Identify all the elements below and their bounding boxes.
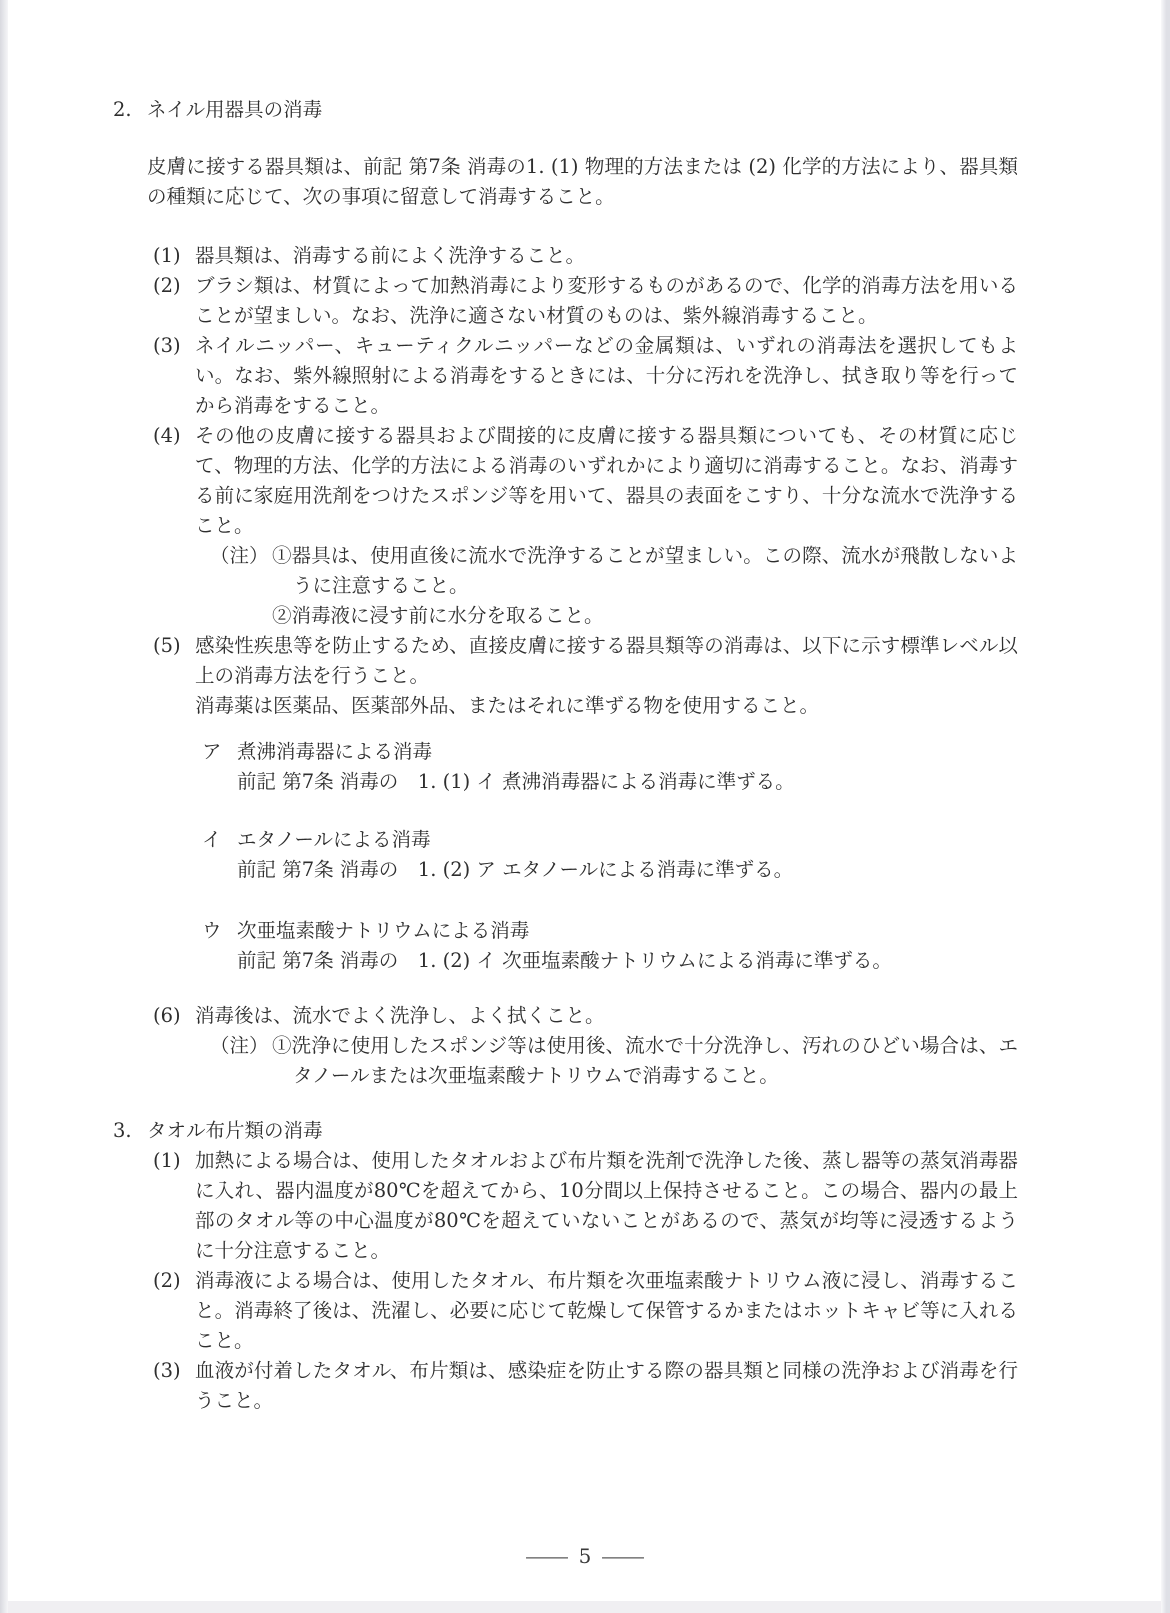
method-sodium-hypochlorite: ウ 次亜塩素酸ナトリウムによる消毒 前記 第7条 消毒の 1. (2) イ 次亜… [202,916,1018,976]
item-1-label: (1) [153,241,195,271]
list-item-3: (3) 血液が付着したタオル、布片類は、感染症を防止する際の器具類と同様の洗浄お… [153,1356,1018,1416]
method-boiling: ア 煮沸消毒器による消毒 前記 第7条 消毒の 1. (1) イ 煮沸消毒器によ… [202,737,1018,797]
method-3-body: 前記 第7条 消毒の 1. (2) イ 次亜塩素酸ナトリウムによる消毒に準ずる。 [237,946,1018,976]
section-3-heading: 3. タオル布片類の消毒 [113,1116,1018,1146]
item-5-label: (5) [153,631,195,721]
item-6-note: （注） ①洗浄に使用したスポンジ等は使用後、流水で十分洗浄し、汚れのひどい場合は… [210,1031,1018,1091]
item-5-extra-text: 消毒薬は医薬品、医薬部外品、またはそれに準ずる物を使用すること。 [195,691,1018,721]
section-3-items: (1) 加熱による場合は、使用したタオルおよび布片類を洗剤で洗浄した後、蒸し器等… [113,1146,1018,1416]
note-item-1: ①器具は、使用直後に流水で洗浄することが望ましい。この際、流水が飛散しないように… [272,541,1018,601]
note-label: （注） [210,1031,272,1091]
item-3-label: (3) [153,1356,195,1416]
method-ethanol: イ エタノールによる消毒 前記 第7条 消毒の 1. (2) ア エタノールによ… [202,825,1018,885]
list-item-1: (1) 加熱による場合は、使用したタオルおよび布片類を洗剤で洗浄した後、蒸し器等… [153,1146,1018,1266]
item-4-text: その他の皮膚に接する器具および間接的に皮膚に接する器具類についても、その材質に応… [195,421,1018,541]
item-3-text: ネイルニッパー、キューティクルニッパーなどの金属類は、いずれの消毒法を選択しても… [195,331,1018,421]
method-2-label: イ [202,825,237,855]
list-item-2: (2) 消毒液による場合は、使用したタオル、布片類を次亜塩素酸ナトリウム液に浸し… [153,1266,1018,1356]
section-2-intro: 皮膚に接する器具類は、前記 第7条 消毒の1. (1) 物理的方法または (2)… [147,152,1018,212]
list-item-4: (4) その他の皮膚に接する器具および間接的に皮膚に接する器具類についても、その… [153,421,1018,631]
document-page: 2. ネイル用器具の消毒 皮膚に接する器具類は、前記 第7条 消毒の1. (1)… [0,0,1170,1613]
list-item-3: (3) ネイルニッパー、キューティクルニッパーなどの金属類は、いずれの消毒法を選… [153,331,1018,421]
item-4-note: （注） ①器具は、使用直後に流水で洗浄することが望ましい。この際、流水が飛散しな… [210,541,1018,631]
page-edge-bottom [8,1601,1161,1613]
list-item-6: (6) 消毒後は、流水でよく洗浄し、よく拭くこと。 （注） ①洗浄に使用したスポ… [153,1001,1018,1091]
item-6-label: (6) [153,1001,195,1091]
method-1-title: 煮沸消毒器による消毒 [237,737,1018,767]
method-3-label: ウ [202,916,237,946]
item-2-label: (2) [153,1266,195,1356]
section-2-number: 2. [113,95,147,125]
item-2-label: (2) [153,271,195,331]
section-3-number: 3. [113,1116,147,1146]
item-1-text: 器具類は、消毒する前によく洗浄すること。 [195,241,1018,271]
list-item-1: (1) 器具類は、消毒する前によく洗浄すること。 [153,241,1018,271]
footer-dash-right: — [600,1544,646,1568]
note-item-1: ①洗浄に使用したスポンジ等は使用後、流水で十分洗浄し、汚れのひどい場合は、エタノ… [272,1031,1018,1091]
item-3-text: 血液が付着したタオル、布片類は、感染症を防止する際の器具類と同様の洗浄および消毒… [195,1356,1018,1416]
item-1-label: (1) [153,1146,195,1266]
disinfection-methods: ア 煮沸消毒器による消毒 前記 第7条 消毒の 1. (1) イ 煮沸消毒器によ… [202,737,1018,976]
page-edge-left [0,0,8,1613]
item-3-label: (3) [153,331,195,421]
section-2-items: (1) 器具類は、消毒する前によく洗浄すること。 (2) ブラシ類は、材質によっ… [113,241,1018,721]
section-3-title: タオル布片類の消毒 [147,1116,1018,1146]
item-2-text: ブラシ類は、材質によって加熱消毒により変形するものがあるので、化学的消毒方法を用… [195,271,1018,331]
method-2-body: 前記 第7条 消毒の 1. (2) ア エタノールによる消毒に準ずる。 [237,855,1018,885]
page-edge-right [1161,0,1170,1613]
method-1-body: 前記 第7条 消毒の 1. (1) イ 煮沸消毒器による消毒に準ずる。 [237,767,1018,797]
item-6-text: 消毒後は、流水でよく洗浄し、よく拭くこと。 [195,1001,1018,1031]
method-1-label: ア [202,737,237,767]
section-2-title: ネイル用器具の消毒 [147,95,1018,125]
method-2-title: エタノールによる消毒 [237,825,1018,855]
item-4-label: (4) [153,421,195,631]
note-label: （注） [210,541,272,631]
section-2-heading: 2. ネイル用器具の消毒 [113,95,1018,125]
list-item-2: (2) ブラシ類は、材質によって加熱消毒により変形するものがあるので、化学的消毒… [153,271,1018,331]
item-2-text: 消毒液による場合は、使用したタオル、布片類を次亜塩素酸ナトリウム液に浸し、消毒す… [195,1266,1018,1356]
item-5-text: 感染性疾患等を防止するため、直接皮膚に接する器具類等の消毒は、以下に示す標準レベ… [195,631,1018,691]
method-3-title: 次亜塩素酸ナトリウムによる消毒 [237,916,1018,946]
page-footer: —5— [0,1544,1170,1568]
footer-dash-left: — [524,1544,570,1568]
page-content: 2. ネイル用器具の消毒 皮膚に接する器具類は、前記 第7条 消毒の1. (1)… [113,95,1018,1416]
page-number: 5 [579,1544,592,1568]
item-1-text: 加熱による場合は、使用したタオルおよび布片類を洗剤で洗浄した後、蒸し器等の蒸気消… [195,1146,1018,1266]
list-item-5: (5) 感染性疾患等を防止するため、直接皮膚に接する器具類等の消毒は、以下に示す… [153,631,1018,721]
note-item-2: ②消毒液に浸す前に水分を取ること。 [272,601,1018,631]
